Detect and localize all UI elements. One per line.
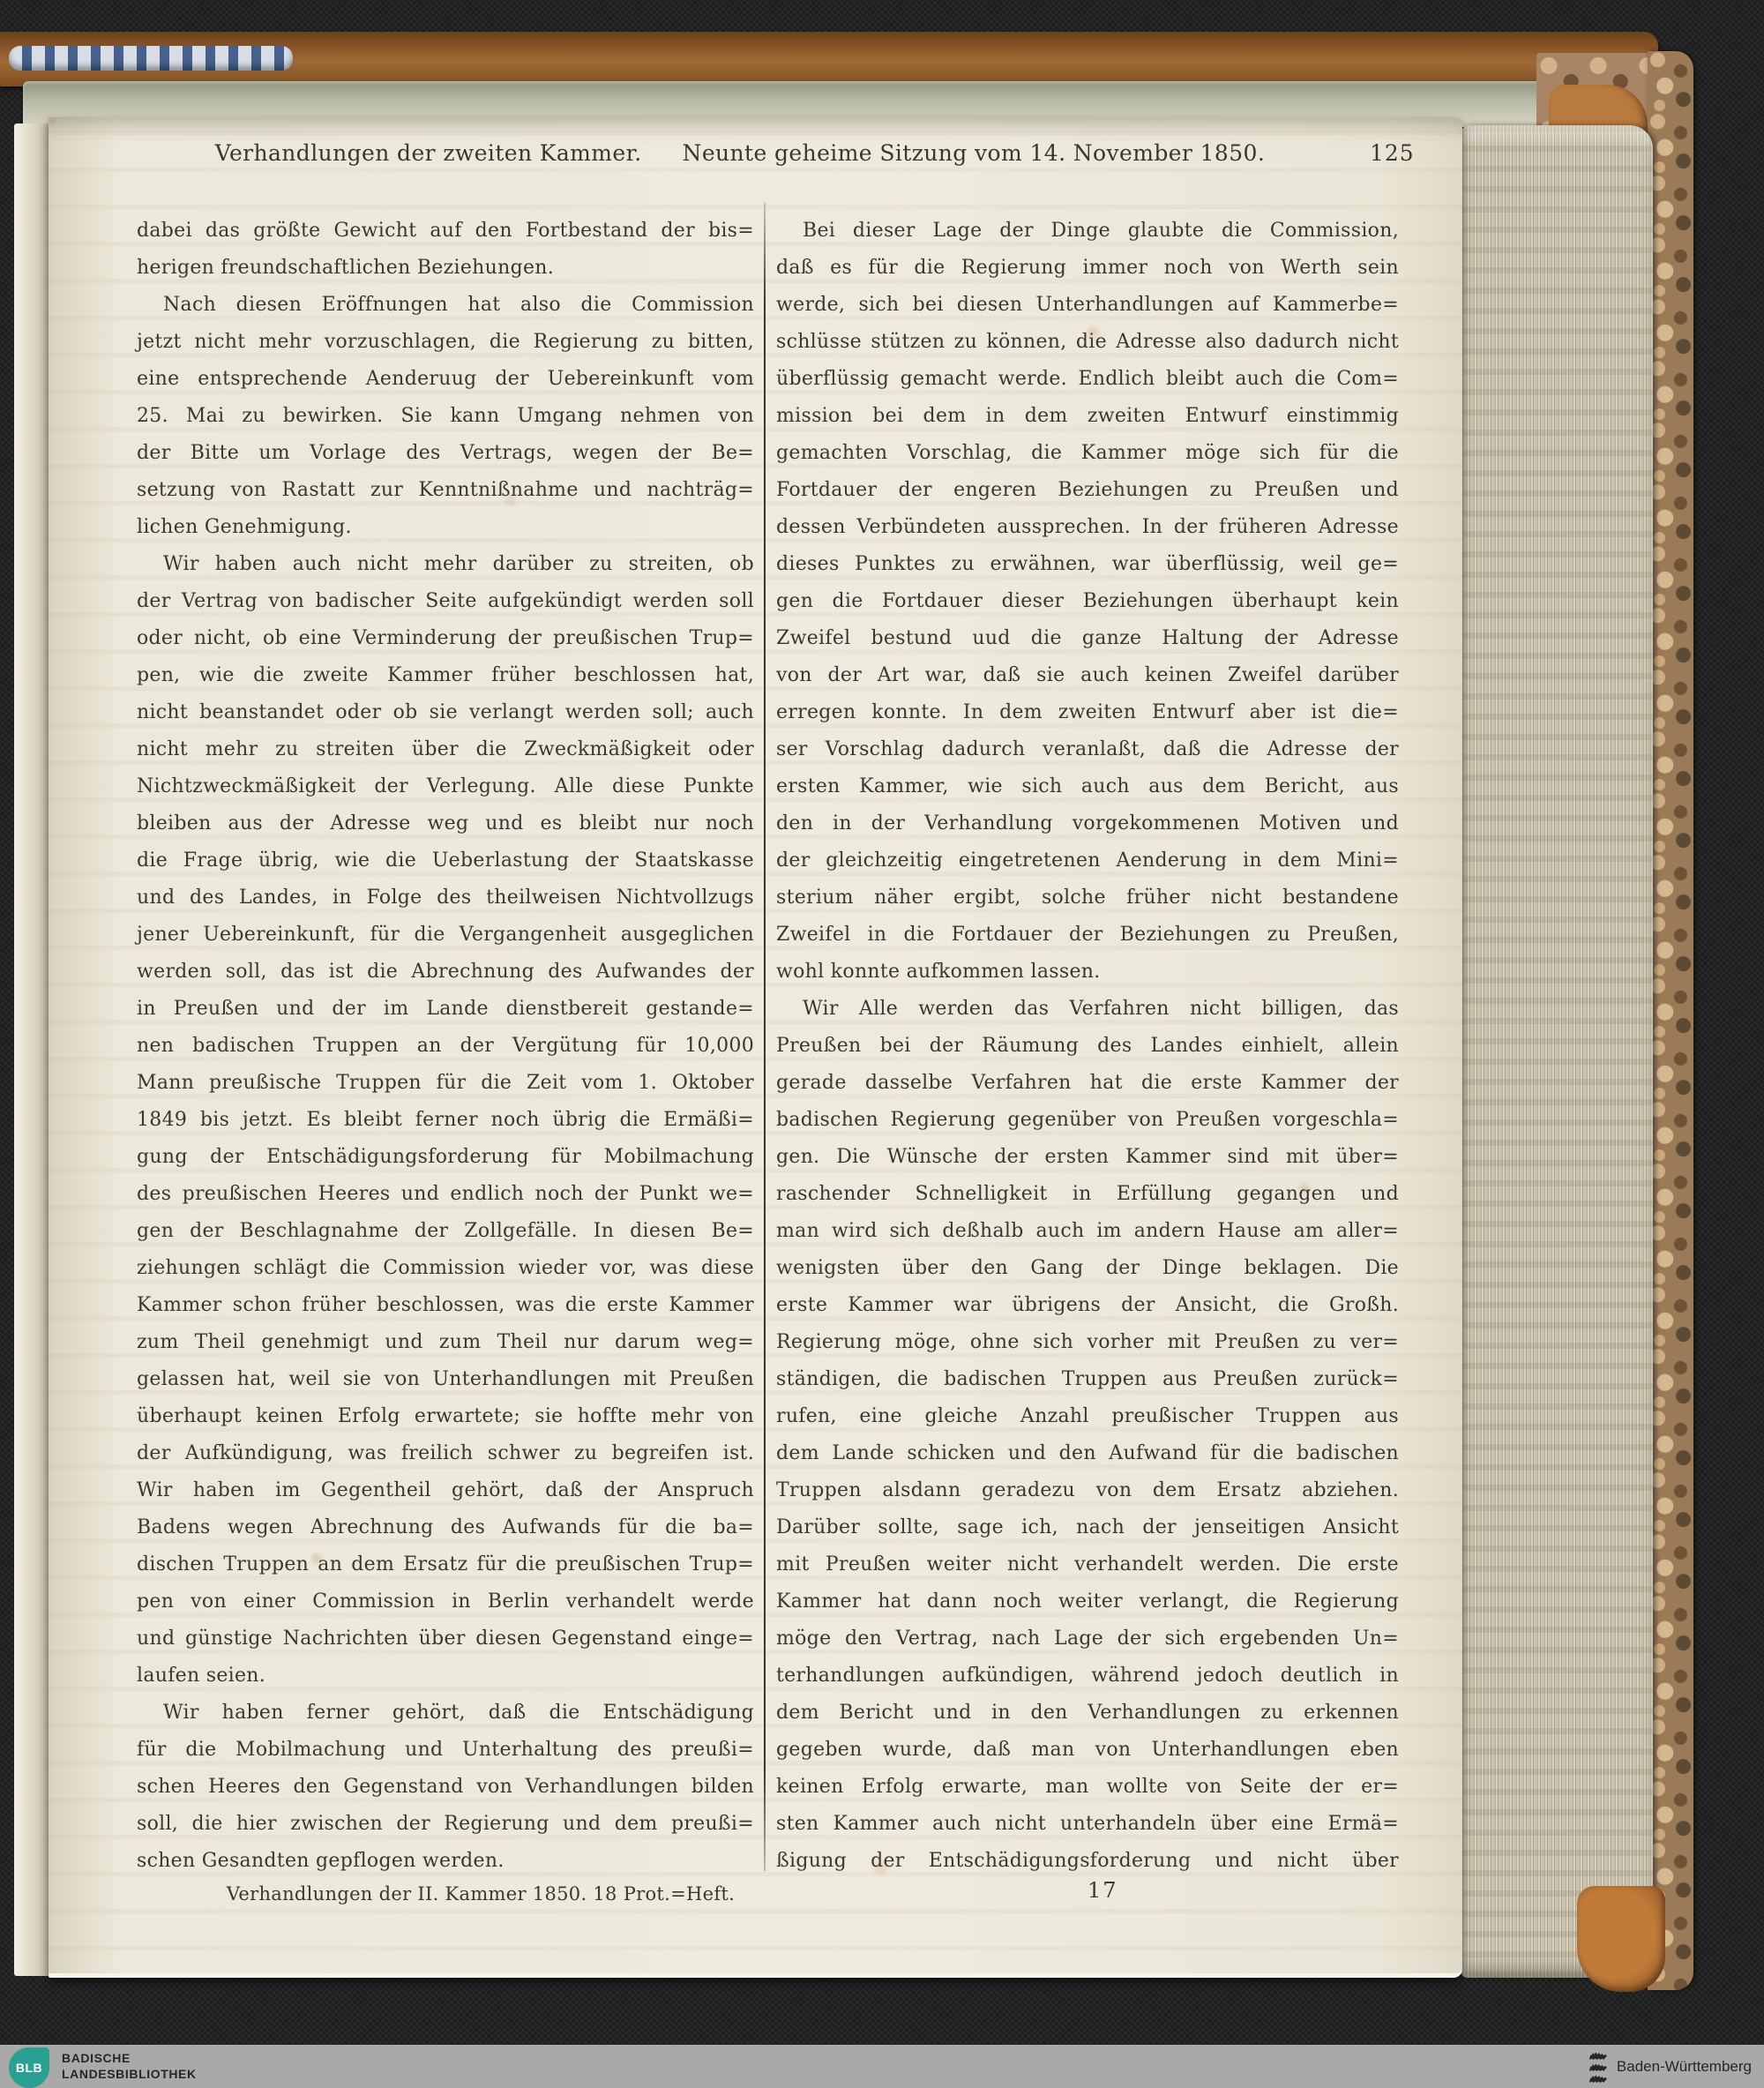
book-headband [9, 46, 293, 71]
text-line: laufen seien. [137, 1658, 754, 1695]
text-line: werden soll, das ist die Abrechnung des … [137, 954, 754, 991]
text-line: mit Preußen weiter nicht verhandelt werd… [776, 1546, 1399, 1583]
state-label: Baden-Württemberg [1617, 2058, 1752, 2076]
text-line: von der Art war, daß sie auch keinen Zwe… [776, 657, 1399, 694]
text-line: Preußen bei der Räumung des Landes einhi… [776, 1028, 1399, 1065]
text-line: gemachten Vorschlag, die Kammer möge sic… [776, 435, 1399, 472]
text-line: Fortdauer der engeren Beziehungen zu Pre… [776, 472, 1399, 509]
text-line: eine entsprechende Aenderuug der Ueberei… [137, 361, 754, 398]
text-line: Regierung möge, ohne sich vorher mit Pre… [776, 1324, 1399, 1361]
text-line: terhandlungen aufkündigen, während jedoc… [776, 1658, 1399, 1695]
state-brand: Baden-Württemberg [1588, 2045, 1752, 2088]
text-line: überflüssig gemacht werde. Endlich bleib… [776, 361, 1399, 398]
text-line: schen Gesandten gepflogen werden. [137, 1843, 754, 1880]
text-line: sten Kammer auch nicht unterhandeln über… [776, 1806, 1399, 1843]
text-line: jener Uebereinkunft, für die Vergangenhe… [137, 917, 754, 954]
library-name-line1: BADISCHE [62, 2050, 197, 2066]
text-line: gen. Die Wünsche der ersten Kammer sind … [776, 1139, 1399, 1176]
text-line: zum Theil genehmigt und zum Theil nur da… [137, 1324, 754, 1361]
text-line: setzung von Rastatt zur Kenntnißnahme un… [137, 472, 754, 509]
volume-footer-note: Verhandlungen der II. Kammer 1850. 18 Pr… [172, 1883, 789, 1905]
running-header-left: Verhandlungen der zweiten Kammer. [215, 140, 642, 166]
text-line: die Frage übrig, wie die Ueberlastung de… [137, 842, 754, 879]
text-line: man wird sich deßhalb auch im andern Hau… [776, 1213, 1399, 1250]
text-line: ser Vorschlag dadurch veranlaßt, daß die… [776, 731, 1399, 768]
running-header-right: Neunte geheime Sitzung vom 14. November … [683, 140, 1266, 166]
text-line: gen die Fortdauer dieser Beziehungen übe… [776, 583, 1399, 620]
book-page: Verhandlungen der zweiten Kammer. Neunte… [49, 117, 1462, 1978]
text-line: oder nicht, ob eine Verminderung der pre… [137, 620, 754, 657]
text-line: wohl konnte aufkommen lassen. [776, 954, 1399, 991]
text-line: ziehungen schlägt die Commission wieder … [137, 1250, 754, 1287]
text-line: mission bei dem in dem zweiten Entwurf e… [776, 398, 1399, 435]
text-line: gegeben wurde, daß man von Unterhandlung… [776, 1732, 1399, 1769]
text-line: Kammer hat dann noch weiter verlangt, di… [776, 1583, 1399, 1620]
library-name: BADISCHE LANDESBIBLIOTHEK [62, 2050, 197, 2082]
text-line: dem Lande schicken und den Aufwand für d… [776, 1435, 1399, 1472]
text-line: Zweifel bestund uud die ganze Haltung de… [776, 620, 1399, 657]
text-line: und günstige Nachrichten über diesen Geg… [137, 1620, 754, 1658]
text-line: Badens wegen Abrechnung des Aufwands für… [137, 1509, 754, 1546]
text-line: des preußischen Heeres und endlich noch … [137, 1176, 754, 1213]
text-line: wenigsten über den Gang der Dinge beklag… [776, 1250, 1399, 1287]
running-header: Verhandlungen der zweiten Kammer. Neunte… [135, 140, 1345, 166]
text-line: Darüber sollte, sage ich, nach der jense… [776, 1509, 1399, 1546]
text-line: ständigen, die badischen Truppen aus Pre… [776, 1361, 1399, 1398]
text-line: Wir Alle werden das Verfahren nicht bill… [776, 991, 1399, 1028]
text-line: nicht beanstandet oder ob sie verlangt w… [137, 694, 754, 731]
text-line: pen von einer Commission in Berlin verha… [137, 1583, 754, 1620]
text-line: 25. Mai zu bewirken. Sie kann Umgang neh… [137, 398, 754, 435]
text-line: der Vertrag von badischer Seite aufgekün… [137, 583, 754, 620]
text-column-left: dabei das größte Gewicht auf den Fortbes… [137, 213, 754, 1880]
scanned-book-viewer: Verhandlungen der zweiten Kammer. Neunte… [0, 0, 1764, 2088]
text-line: erregen konnte. In dem zweiten Entwurf a… [776, 694, 1399, 731]
text-line: nen badischen Truppen an der Vergütung f… [137, 1028, 754, 1065]
signature-mark: 17 [1088, 1878, 1118, 1903]
text-line: dem Bericht und in den Verhandlungen zu … [776, 1695, 1399, 1732]
page-stack-fore-edge [1461, 125, 1653, 1978]
text-line: und des Landes, in Folge des theilweisen… [137, 879, 754, 917]
text-line: werde, sich bei diesen Unterhandlungen a… [776, 287, 1399, 324]
text-line: möge den Vertrag, nach Lage der sich erg… [776, 1620, 1399, 1658]
text-line: Kammer schon früher beschlossen, was die… [137, 1287, 754, 1324]
text-line: sterium näher ergibt, solche früher nich… [776, 879, 1399, 917]
library-name-line2: LANDESBIBLIOTHEK [62, 2066, 197, 2082]
text-line: rufen, eine gleiche Anzahl preußischer T… [776, 1398, 1399, 1435]
text-line: schen Heeres den Gegenstand von Verhandl… [137, 1769, 754, 1806]
foxing-spots [49, 117, 56, 124]
text-line: dieses Punktes zu erwähnen, war überflüs… [776, 546, 1399, 583]
text-line: soll, die hier zwischen der Regierung un… [137, 1806, 754, 1843]
text-line: erste Kammer war übrigens der Ansicht, d… [776, 1287, 1399, 1324]
text-line: Nichtzweckmäßigkeit der Verlegung. Alle … [137, 768, 754, 805]
text-line: jetzt nicht mehr vorzuschlagen, die Regi… [137, 324, 754, 361]
text-line: gung der Entschädigungsforderung für Mob… [137, 1139, 754, 1176]
text-line: der Bitte um Vorlage des Vertrags, wegen… [137, 435, 754, 472]
text-line: der Aufkündigung, was freilich schwer zu… [137, 1435, 754, 1472]
text-line: badischen Regierung gegenüber von Preuße… [776, 1102, 1399, 1139]
blb-logo: BLB [9, 2047, 49, 2088]
text-line: lichen Genehmigung. [137, 509, 754, 546]
text-line: für die Mobilmachung und Unterhaltung de… [137, 1732, 754, 1769]
text-line: nicht mehr zu streiten über die Zweckmäß… [137, 731, 754, 768]
text-line: ßigung der Entschädigungsforderung und n… [776, 1843, 1399, 1880]
text-line: 1849 bis jetzt. Es bleibt ferner noch üb… [137, 1102, 754, 1139]
text-line: dabei das größte Gewicht auf den Fortbes… [137, 213, 754, 250]
text-line: Zweifel in die Fortdauer der Beziehungen… [776, 917, 1399, 954]
text-line: Nach diesen Eröffnungen hat also die Com… [137, 287, 754, 324]
text-line: dessen Verbündeten aussprechen. In der f… [776, 509, 1399, 546]
text-line: schlüsse stützen zu können, die Adresse … [776, 324, 1399, 361]
text-line: der gleichzeitig eingetretenen Aenderung… [776, 842, 1399, 879]
blb-logo-text: BLB [16, 2061, 42, 2075]
text-line: gen der Beschlagnahme der Zollgefälle. I… [137, 1213, 754, 1250]
text-line: gelassen hat, weil sie von Unterhandlung… [137, 1361, 754, 1398]
page-number: 125 [1370, 140, 1415, 166]
column-divider-rule [764, 202, 766, 1871]
text-line: Wir haben auch nicht mehr darüber zu str… [137, 546, 754, 583]
text-line: pen, wie die zweite Kammer früher beschl… [137, 657, 754, 694]
text-line: den in der Verhandlung vorgekommenen Mot… [776, 805, 1399, 842]
marbled-board-edge [1648, 51, 1693, 1990]
viewer-bottom-bar: BLB BADISCHE LANDESBIBLIOTHEK Baden-Würt… [0, 2045, 1764, 2088]
text-line: herigen freundschaftlichen Beziehungen. [137, 250, 754, 287]
text-line: keinen Erfolg erwarte, man wollte von Se… [776, 1769, 1399, 1806]
text-line: Truppen alsdann geradezu von dem Ersatz … [776, 1472, 1399, 1509]
text-line: Wir haben im Gegentheil gehört, daß der … [137, 1472, 754, 1509]
text-line: Bei dieser Lage der Dinge glaubte die Co… [776, 213, 1399, 250]
three-lions-icon [1588, 2050, 1608, 2084]
text-line: dischen Truppen an dem Ersatz für die pr… [137, 1546, 754, 1583]
text-line: raschender Schnelligkeit in Erfüllung ge… [776, 1176, 1399, 1213]
leather-corner-bottom [1577, 1886, 1665, 1992]
text-line: Wir haben ferner gehört, daß die Entschä… [137, 1695, 754, 1732]
text-line: daß es für die Regierung immer noch von … [776, 250, 1399, 287]
previous-page-edge [14, 123, 53, 1976]
text-line: Mann preußische Truppen für die Zeit vom… [137, 1065, 754, 1102]
text-line: in Preußen und der im Lande dienstbereit… [137, 991, 754, 1028]
text-column-right: Bei dieser Lage der Dinge glaubte die Co… [776, 213, 1399, 1880]
text-line: bleiben aus der Adresse weg und es bleib… [137, 805, 754, 842]
text-line: überhaupt keinen Erfolg erwartete; sie h… [137, 1398, 754, 1435]
text-line: gerade dasselbe Verfahren hat die erste … [776, 1065, 1399, 1102]
text-line: ersten Kammer, wie sich auch aus dem Ber… [776, 768, 1399, 805]
